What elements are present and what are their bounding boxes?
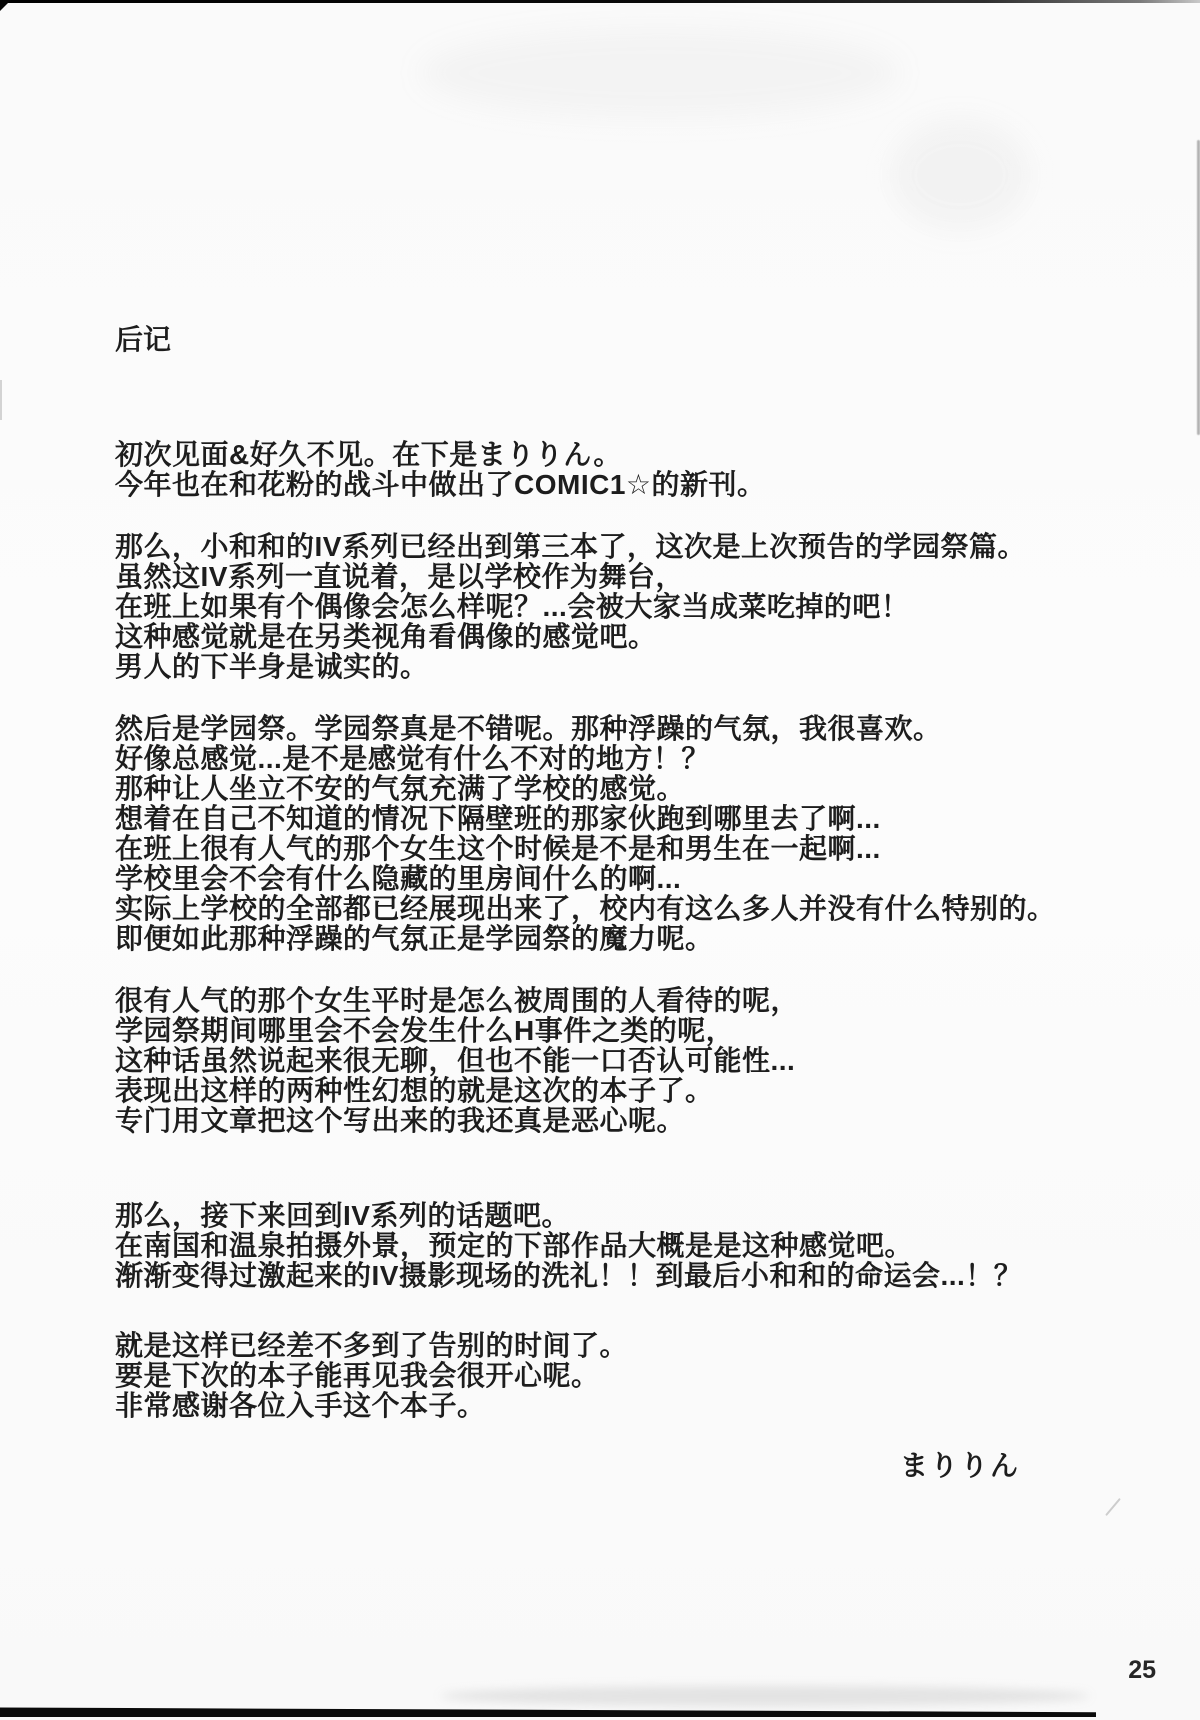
afterword-content: 后记 初次见面&好久不见。在下是まりりん。今年也在和花粉的战斗中做出了COMIC… — [115, 325, 1125, 1481]
paragraph: 然后是学园祭。学园祭真是不错呢。那种浮躁的气氛，我很喜欢。好像总感觉...是不是… — [115, 714, 1125, 954]
scan-scratch — [1105, 1498, 1121, 1516]
afterword-paragraphs: 初次见面&好久不见。在下是まりりん。今年也在和花粉的战斗中做出了COMIC1☆的… — [115, 440, 1125, 1421]
scan-smudge — [440, 1686, 1090, 1706]
scan-smudge — [420, 28, 900, 118]
text-line: 初次见面&好久不见。在下是まりりん。 — [115, 440, 1125, 470]
scan-corner-mark — [0, 0, 11, 11]
scan-edge-top — [0, 0, 1200, 3]
text-line: 好像总感觉...是不是感觉有什么不对的地方！？ — [115, 744, 1125, 774]
text-line: 今年也在和花粉的战斗中做出了COMIC1☆的新刊。 — [115, 470, 1125, 500]
page-number: 25 — [1128, 1656, 1156, 1684]
author-signature: まりりん — [115, 1451, 1020, 1481]
text-line: 即便如此那种浮躁的气氛正是学园祭的魔力呢。 — [115, 924, 1125, 954]
paragraph: 就是这样已经差不多到了告别的时间了。要是下次的本子能再见我会很开心呢。非常感谢各… — [115, 1331, 1125, 1421]
text-line: 这种感觉就是在另类视角看偶像的感觉吧。 — [115, 622, 1125, 652]
text-line: 表现出这样的两种性幻想的就是这次的本子了。 — [115, 1076, 1125, 1106]
text-line: 然后是学园祭。学园祭真是不错呢。那种浮躁的气氛，我很喜欢。 — [115, 714, 1125, 744]
afterword-page: 后记 初次见面&好久不见。在下是まりりん。今年也在和花粉的战斗中做出了COMIC… — [0, 0, 1200, 1720]
text-line: 非常感谢各位入手这个本子。 — [115, 1391, 1125, 1421]
text-line: 那么，接下来回到IV系列的话题吧。 — [115, 1201, 1125, 1231]
paragraph: 那么，接下来回到IV系列的话题吧。在南国和温泉拍摄外景，预定的下部作品大概是是这… — [115, 1201, 1125, 1291]
scan-smudge — [890, 120, 1030, 230]
text-line: 要是下次的本子能再见我会很开心呢。 — [115, 1361, 1125, 1391]
text-line: 渐渐变得过激起来的IV摄影现场的洗礼！！到最后小和和的命运会...！？ — [115, 1261, 1125, 1291]
text-line: 那种让人坐立不安的气氛充满了学校的感觉。 — [115, 774, 1125, 804]
text-line: 在班上很有人气的那个女生这个时候是不是和男生在一起啊... — [115, 834, 1125, 864]
text-line: 在班上如果有个偶像会怎么样呢？...会被大家当成菜吃掉的吧！ — [115, 592, 1125, 622]
paragraph: 那么，小和和的IV系列已经出到第三本了，这次是上次预告的学园祭篇。虽然这IV系列… — [115, 532, 1125, 682]
text-line: 这种话虽然说起来很无聊，但也不能一口否认可能性... — [115, 1046, 1125, 1076]
text-line: 实际上学校的全部都已经展现出来了，校内有这么多人并没有什么特别的。 — [115, 894, 1125, 924]
text-line: 就是这样已经差不多到了告别的时间了。 — [115, 1331, 1125, 1361]
text-line: 学校里会不会有什么隐藏的里房间什么的啊... — [115, 864, 1125, 894]
paragraph: 很有人气的那个女生平时是怎么被周围的人看待的呢，学园祭期间哪里会不会发生什么H事… — [115, 986, 1125, 1136]
text-line: 在南国和温泉拍摄外景，预定的下部作品大概是是这种感觉吧。 — [115, 1231, 1125, 1261]
text-line: 学园祭期间哪里会不会发生什么H事件之类的呢， — [115, 1016, 1125, 1046]
text-line: 虽然这IV系列一直说着，是以学校作为舞台， — [115, 562, 1125, 592]
text-line: 男人的下半身是诚实的。 — [115, 652, 1125, 682]
text-line: 想着在自己不知道的情况下隔壁班的那家伙跑到哪里去了啊... — [115, 804, 1125, 834]
text-line: 很有人气的那个女生平时是怎么被周围的人看待的呢， — [115, 986, 1125, 1016]
text-line: 专门用文章把这个写出来的我还真是恶心呢。 — [115, 1106, 1125, 1136]
page-title: 后记 — [115, 325, 1125, 355]
scan-edge-bottom — [0, 1707, 1096, 1717]
text-line: 那么，小和和的IV系列已经出到第三本了，这次是上次预告的学园祭篇。 — [115, 532, 1125, 562]
paragraph: 初次见面&好久不见。在下是まりりん。今年也在和花粉的战斗中做出了COMIC1☆的… — [115, 440, 1125, 500]
scan-edge-left — [0, 380, 2, 420]
